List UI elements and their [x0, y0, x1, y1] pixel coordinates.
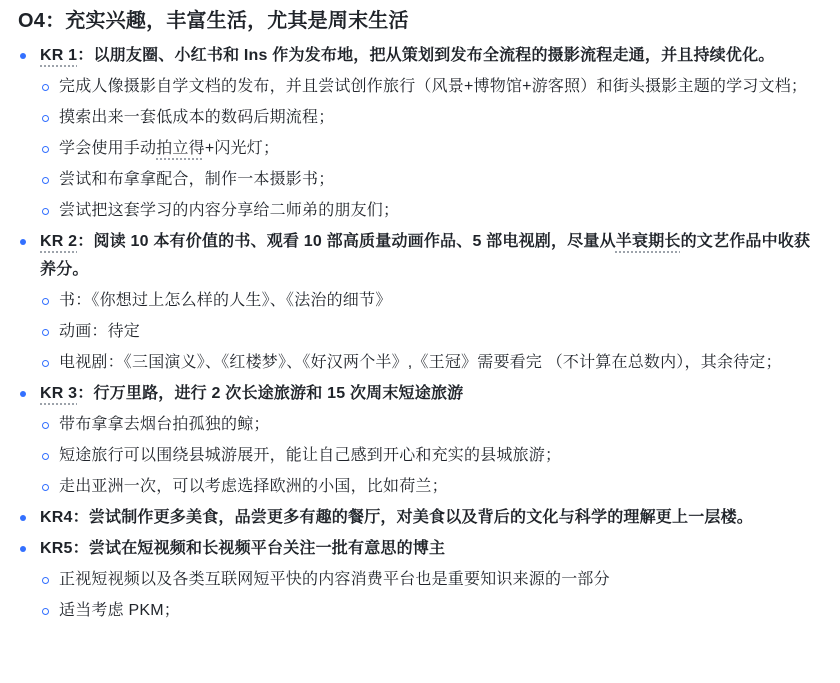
sub-text: 完成人像摄影自学文档的发布，并且尝试创作旅行（风景+博物馆+游客照）和街头摄影主…: [59, 73, 822, 101]
sub-text: 带布拿拿去烟台拍孤独的鲸；: [59, 411, 822, 439]
bullet-dot-icon: [20, 391, 26, 397]
text-segment: KR4：尝试制作更多美食，品尝更多有趣的餐厅，对美食以及背后的文化与科学的理解更…: [40, 509, 753, 526]
kr-1-sub-item-2: 摸索出来一套低成本的数码后期流程；: [14, 104, 822, 132]
kr-text: KR 2：阅读 10 本有价值的书、观看 10 部高质量动画作品、5 部电视剧，…: [40, 228, 822, 284]
text-segment: 正视短视频以及各类互联网短平快的内容消费平台也是重要知识来源的一部分: [59, 571, 610, 588]
sub-text: 短途旅行可以围绕县城游展开，能让自己感到开心和充实的县城旅游；: [59, 442, 822, 470]
kr-5-sub-item-2: 适当考虑 PKM；: [14, 597, 822, 625]
kr-2-sub-item-3: 电视剧：《三国演义》、《红楼梦》、《好汉两个半》,《王冠》需要看完 （不计算在总…: [14, 349, 822, 377]
kr-2-sub-item-2: 动画：待定: [14, 318, 822, 346]
bullet-column: [41, 318, 59, 336]
text-segment: 适当考虑 PKM；: [59, 602, 180, 619]
bullet-circle-icon: [42, 298, 49, 305]
text-segment: 尝试和布拿拿配合，制作一本摄影书；: [59, 171, 334, 188]
bullet-column: [14, 228, 40, 245]
bullet-column: [41, 597, 59, 615]
text-segment: 完成人像摄影自学文档的发布，并且尝试创作旅行（风景+博物馆+游客照）和街头摄影主…: [59, 78, 807, 95]
kr-3-sub-item-1: 带布拿拿去烟台拍孤独的鲸；: [14, 411, 822, 439]
bullet-circle-icon: [42, 208, 49, 215]
text-segment: 摸索出来一套低成本的数码后期流程；: [59, 109, 334, 126]
kr-3-sub-item-3: 走出亚洲一次，可以考虑选择欧洲的小国，比如荷兰；: [14, 473, 822, 501]
bullet-column: [41, 104, 59, 122]
text-segment: 动画：待定: [59, 323, 140, 340]
bullet-circle-icon: [42, 422, 49, 429]
text-segment: ：以朋友圈、小红书和 Ins 作为发布地，把从策划到发布全流程的摄影流程走通，并…: [77, 47, 774, 64]
text-segment: 带布拿拿去烟台拍孤独的鲸；: [59, 416, 270, 433]
kr-text: KR5：尝试在短视频和长视频平台关注一批有意思的博主: [40, 535, 822, 563]
bullet-circle-icon: [42, 146, 49, 153]
okr-list: KR 1：以朋友圈、小红书和 Ins 作为发布地，把从策划到发布全流程的摄影流程…: [14, 42, 822, 625]
bullet-circle-icon: [42, 360, 49, 367]
bullet-column: [41, 287, 59, 305]
bullet-circle-icon: [42, 115, 49, 122]
kr-1-sub-item-4: 尝试和布拿拿配合，制作一本摄影书；: [14, 166, 822, 194]
sub-text: 动画：待定: [59, 318, 822, 346]
bullet-column: [41, 473, 59, 491]
sub-text: 学会使用手动拍立得+闪光灯；: [59, 135, 822, 163]
kr-item-2: KR 2：阅读 10 本有价值的书、观看 10 部高质量动画作品、5 部电视剧，…: [14, 228, 822, 284]
bullet-dot-icon: [20, 53, 26, 59]
kr-text: KR 1：以朋友圈、小红书和 Ins 作为发布地，把从策划到发布全流程的摄影流程…: [40, 42, 822, 70]
dotted-underline-text: 半衰期长: [616, 233, 681, 250]
bullet-column: [41, 349, 59, 367]
bullet-dot-icon: [20, 515, 26, 521]
bullet-circle-icon: [42, 177, 49, 184]
bullet-column: [41, 166, 59, 184]
bullet-circle-icon: [42, 453, 49, 460]
bullet-column: [14, 42, 40, 59]
text-segment: +闪光灯；: [205, 140, 279, 157]
bullet-circle-icon: [42, 577, 49, 584]
kr-item-1: KR 1：以朋友圈、小红书和 Ins 作为发布地，把从策划到发布全流程的摄影流程…: [14, 42, 822, 70]
sub-text: 书：《你想过上怎么样的人生》、《法治的细节》: [59, 287, 822, 315]
sub-text: 尝试把这套学习的内容分享给二师弟的朋友们；: [59, 197, 822, 225]
sub-text: 正视短视频以及各类互联网短平快的内容消费平台也是重要知识来源的一部分: [59, 566, 822, 594]
sub-text: 适当考虑 PKM；: [59, 597, 822, 625]
bullet-column: [14, 535, 40, 552]
bullet-circle-icon: [42, 84, 49, 91]
bullet-dot-icon: [20, 239, 26, 245]
text-segment: KR5：尝试在短视频和长视频平台关注一批有意思的博主: [40, 540, 445, 557]
kr-1-sub-item-1: 完成人像摄影自学文档的发布，并且尝试创作旅行（风景+博物馆+游客照）和街头摄影主…: [14, 73, 822, 101]
text-segment: 电视剧：《三国演义》、《红楼梦》、《好汉两个半》,《王冠》需要看完 （不计算在总…: [59, 354, 782, 371]
kr-text: KR 3：行万里路，进行 2 次长途旅游和 15 次周末短途旅游: [40, 380, 822, 408]
bullet-column: [41, 135, 59, 153]
bullet-column: [41, 197, 59, 215]
document-page: O4：充实兴趣，丰富生活，尤其是周末生活 KR 1：以朋友圈、小红书和 Ins …: [0, 0, 840, 683]
text-segment: 走出亚洲一次，可以考虑选择欧洲的小国，比如荷兰；: [59, 478, 448, 495]
dotted-underline-text: KR 3: [40, 385, 77, 402]
text-segment: 尝试把这套学习的内容分享给二师弟的朋友们；: [59, 202, 399, 219]
kr-3-sub-item-2: 短途旅行可以围绕县城游展开，能让自己感到开心和充实的县城旅游；: [14, 442, 822, 470]
bullet-column: [41, 411, 59, 429]
bullet-column: [41, 73, 59, 91]
text-segment: 短途旅行可以围绕县城游展开，能让自己感到开心和充实的县城旅游；: [59, 447, 561, 464]
text-segment: ：行万里路，进行 2 次长途旅游和 15 次周末短途旅游: [77, 385, 463, 402]
bullet-column: [14, 504, 40, 521]
bullet-column: [14, 380, 40, 397]
dotted-underline-text: 拍立得: [156, 140, 205, 157]
bullet-circle-icon: [42, 329, 49, 336]
text-segment: 学会使用手动: [59, 140, 156, 157]
bullet-circle-icon: [42, 608, 49, 615]
kr-5-sub-item-1: 正视短视频以及各类互联网短平快的内容消费平台也是重要知识来源的一部分: [14, 566, 822, 594]
text-segment: ：阅读 10 本有价值的书、观看 10 部高质量动画作品、5 部电视剧，尽量从: [77, 233, 616, 250]
kr-item-3: KR 3：行万里路，进行 2 次长途旅游和 15 次周末短途旅游: [14, 380, 822, 408]
kr-1-sub-item-5: 尝试把这套学习的内容分享给二师弟的朋友们；: [14, 197, 822, 225]
bullet-column: [41, 566, 59, 584]
bullet-circle-icon: [42, 484, 49, 491]
sub-text: 摸索出来一套低成本的数码后期流程；: [59, 104, 822, 132]
page-title: O4：充实兴趣，丰富生活，尤其是周末生活: [18, 6, 822, 36]
text-segment: 书：《你想过上怎么样的人生》、《法治的细节》: [59, 292, 391, 309]
kr-text: KR4：尝试制作更多美食，品尝更多有趣的餐厅，对美食以及背后的文化与科学的理解更…: [40, 504, 822, 532]
kr-1-sub-item-3: 学会使用手动拍立得+闪光灯；: [14, 135, 822, 163]
kr-item-5: KR5：尝试在短视频和长视频平台关注一批有意思的博主: [14, 535, 822, 563]
dotted-underline-text: KR 1: [40, 47, 77, 64]
bullet-column: [41, 442, 59, 460]
kr-item-4: KR4：尝试制作更多美食，品尝更多有趣的餐厅，对美食以及背后的文化与科学的理解更…: [14, 504, 822, 532]
sub-text: 尝试和布拿拿配合，制作一本摄影书；: [59, 166, 822, 194]
kr-2-sub-item-1: 书：《你想过上怎么样的人生》、《法治的细节》: [14, 287, 822, 315]
dotted-underline-text: KR 2: [40, 233, 77, 250]
sub-text: 走出亚洲一次，可以考虑选择欧洲的小国，比如荷兰；: [59, 473, 822, 501]
bullet-dot-icon: [20, 546, 26, 552]
sub-text: 电视剧：《三国演义》、《红楼梦》、《好汉两个半》,《王冠》需要看完 （不计算在总…: [59, 349, 822, 377]
